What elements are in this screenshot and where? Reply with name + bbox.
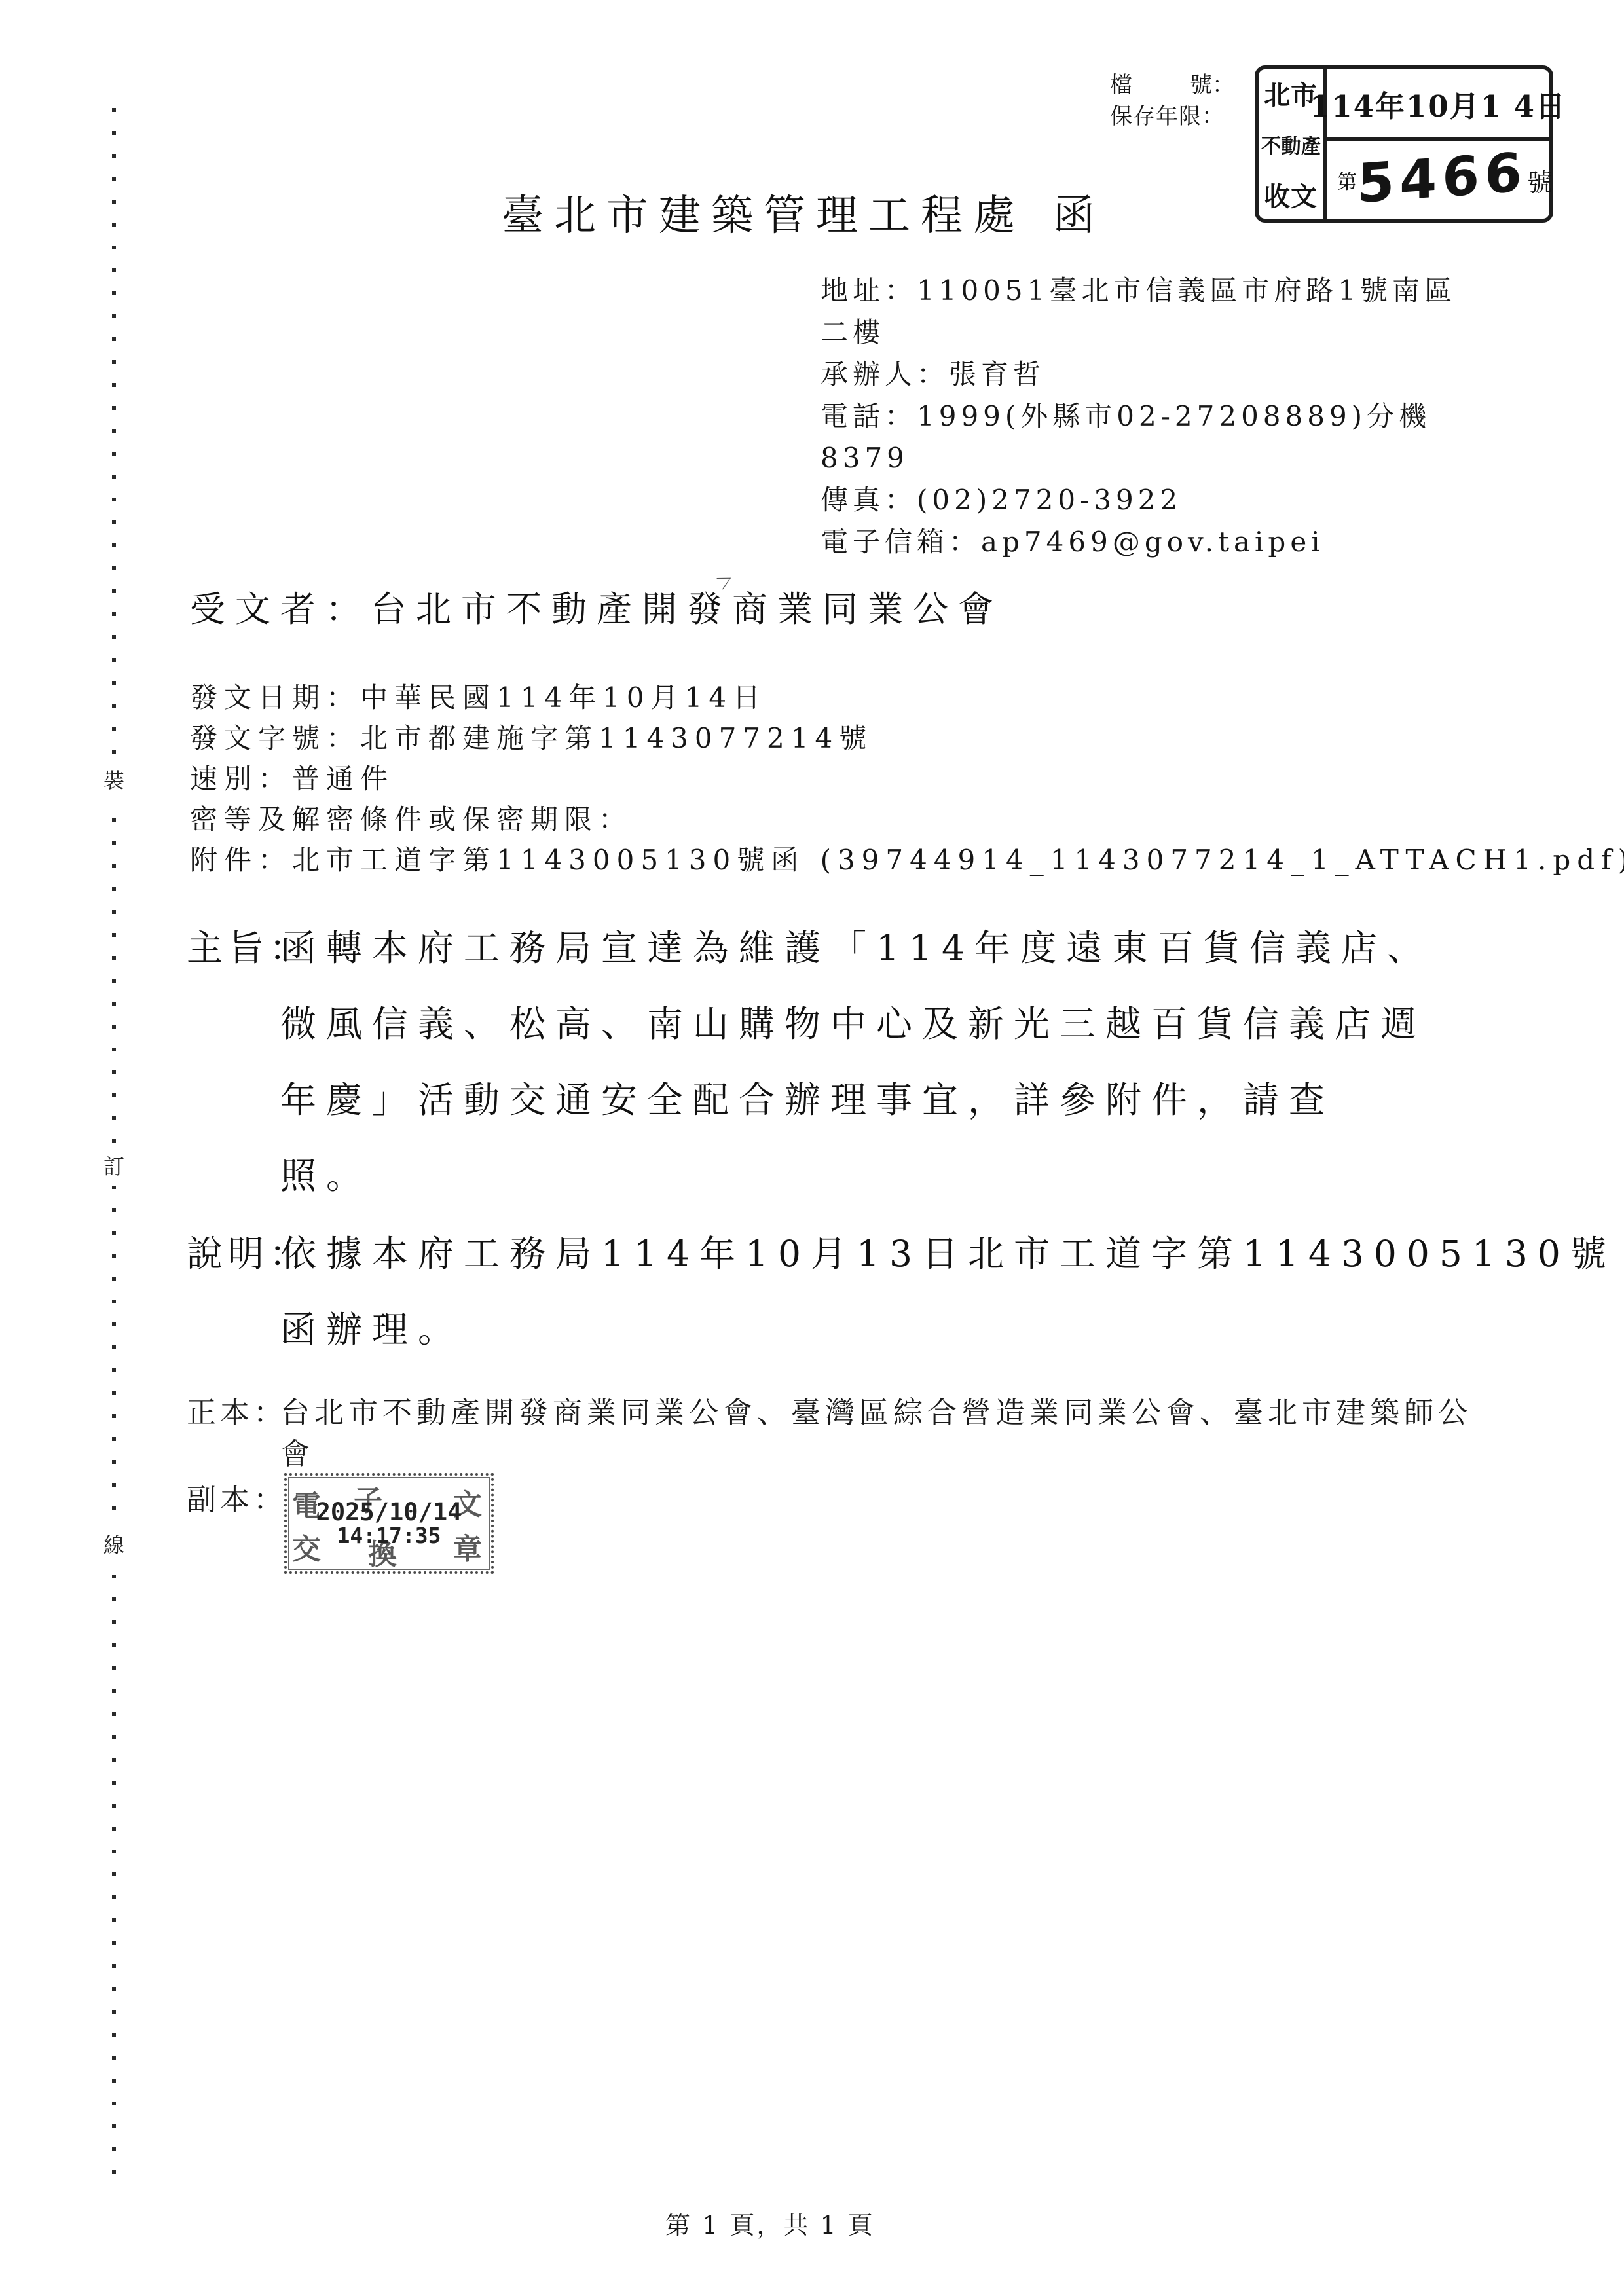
electronic-exchange-stamp: 電 子 文 交 換 章 2025/10/14 14:17:35 (284, 1473, 494, 1574)
description-line: 依據本府工務局114年10月13日北市工道字第1143005130號 (280, 1216, 1616, 1292)
sender-contact-person: 承辦人：張育哲 (821, 354, 1456, 395)
recipient-line: 受文者：台北市不動產開發商業同業公會 (190, 588, 1003, 631)
binding-mark-ding: 訂 (100, 1147, 128, 1186)
binding-mark-xian: 線 (100, 1525, 128, 1565)
stamp-receive-date: 114年10月1 4日 (1327, 69, 1549, 141)
stamp-org-received: 收文 (1264, 176, 1318, 213)
meta-issue-date: 發文日期：中華民國114年10月14日 (190, 678, 1624, 718)
sender-fax: 傳真：(02)2720-3922 (821, 479, 1456, 521)
sender-email: 電子信箱：ap7469@gov.taipei (821, 521, 1456, 563)
subject-line: 年慶」活動交通安全配合辦理事宜，詳參附件，請查 (280, 1062, 1433, 1138)
stamp-org-realestate: 不動產 (1261, 130, 1320, 159)
description-line: 函辦理。 (280, 1292, 1616, 1368)
subject-line: 函轉本府工務局宣達為維護「114年度遠東百貨信義店、 (280, 910, 1433, 986)
stamp-receive-number-row: 第 5466 號 (1327, 141, 1549, 219)
sender-address-line1: 地址：110051臺北市信義區市府路1號南區 (821, 270, 1456, 312)
subject-line: 微風信義、松高、南山購物中心及新光三越百貨信義店週 (280, 986, 1433, 1062)
receive-stamp-right: 114年10月1 4日 第 5466 號 (1327, 69, 1549, 219)
meta-classification: 密等及解密條件或保密期限： (190, 799, 1624, 840)
document-title: 臺北市建築管理工程處函 (502, 192, 1105, 240)
original-copy-body: 台北市不動產開發商業同業公會、臺灣區綜合營造業同業公會、臺北市建築師公 會 (280, 1392, 1472, 1474)
meta-priority: 速別：普通件 (190, 759, 1624, 799)
subject-body: 函轉本府工務局宣達為維護「114年度遠東百貨信義店、 微風信義、松高、南山購物中… (280, 910, 1433, 1214)
sender-phone-line2: 8379 (821, 437, 1456, 479)
cc-copy-label: 副本： (187, 1479, 287, 1520)
page-number-footer: 第 1 頁，共 1 頁 (665, 2205, 875, 2241)
recipient-name: 台北市不動產開發商業同業公會 (371, 589, 1003, 630)
recipient-colon: ： (325, 589, 371, 630)
exchange-stamp-time: 14:17:35 (287, 1523, 491, 1548)
subject-line: 照。 (280, 1138, 1433, 1214)
description-body: 依據本府工務局114年10月13日北市工道字第1143005130號 函辦理。 (280, 1216, 1616, 1368)
stamp-number-prefix: 第 (1337, 166, 1357, 194)
archive-file-colon: 號： (1190, 69, 1234, 101)
archive-labels: 檔 號： 保存年限： (1110, 69, 1234, 132)
original-copy-line: 會 (280, 1433, 1472, 1474)
sender-address-line2: 二樓 (821, 312, 1456, 354)
archive-retention-label: 保存年限： (1110, 101, 1234, 132)
original-copy-line: 台北市不動產開發商業同業公會、臺灣區綜合營造業同業公會、臺北市建築師公 (280, 1392, 1472, 1433)
stamp-number-handwritten: 5466 (1357, 141, 1527, 215)
sender-phone-line1: 電話：1999(外縣市02-27208889)分機 (821, 395, 1456, 437)
meta-block: 發文日期：中華民國114年10月14日 發文字號：北市都建施字第11430772… (190, 678, 1624, 881)
receive-stamp: 北市 不動產 收文 114年10月1 4日 第 5466 號 (1255, 65, 1553, 223)
meta-issue-number: 發文字號：北市都建施字第1143077214號 (190, 718, 1624, 759)
recipient-label: 受文者 (190, 589, 325, 630)
document-title-org: 臺北市建築管理工程處 (502, 192, 1025, 240)
document-title-letter-type: 函 (1053, 192, 1105, 240)
binding-dotted-line (112, 108, 116, 2177)
exchange-stamp-date: 2025/10/14 (287, 1498, 491, 1526)
scanned-official-letter: 裝 訂 線 檔 號： 保存年限： 北市 不動產 收文 114年10月1 4日 第… (0, 0, 1624, 2296)
archive-file-no-row: 檔 號： (1110, 69, 1234, 101)
original-copy-label: 正本： (187, 1392, 287, 1433)
stamp-number-suffix: 號 (1527, 162, 1552, 198)
archive-file-label: 檔 (1110, 69, 1132, 101)
meta-attachment: 附件：北市工道字第1143005130號函 (39744914_11430772… (190, 840, 1624, 881)
sender-info-block: 地址：110051臺北市信義區市府路1號南區 二樓 承辦人：張育哲 電話：199… (821, 270, 1456, 563)
binding-mark-zhuang: 裝 (100, 761, 128, 800)
